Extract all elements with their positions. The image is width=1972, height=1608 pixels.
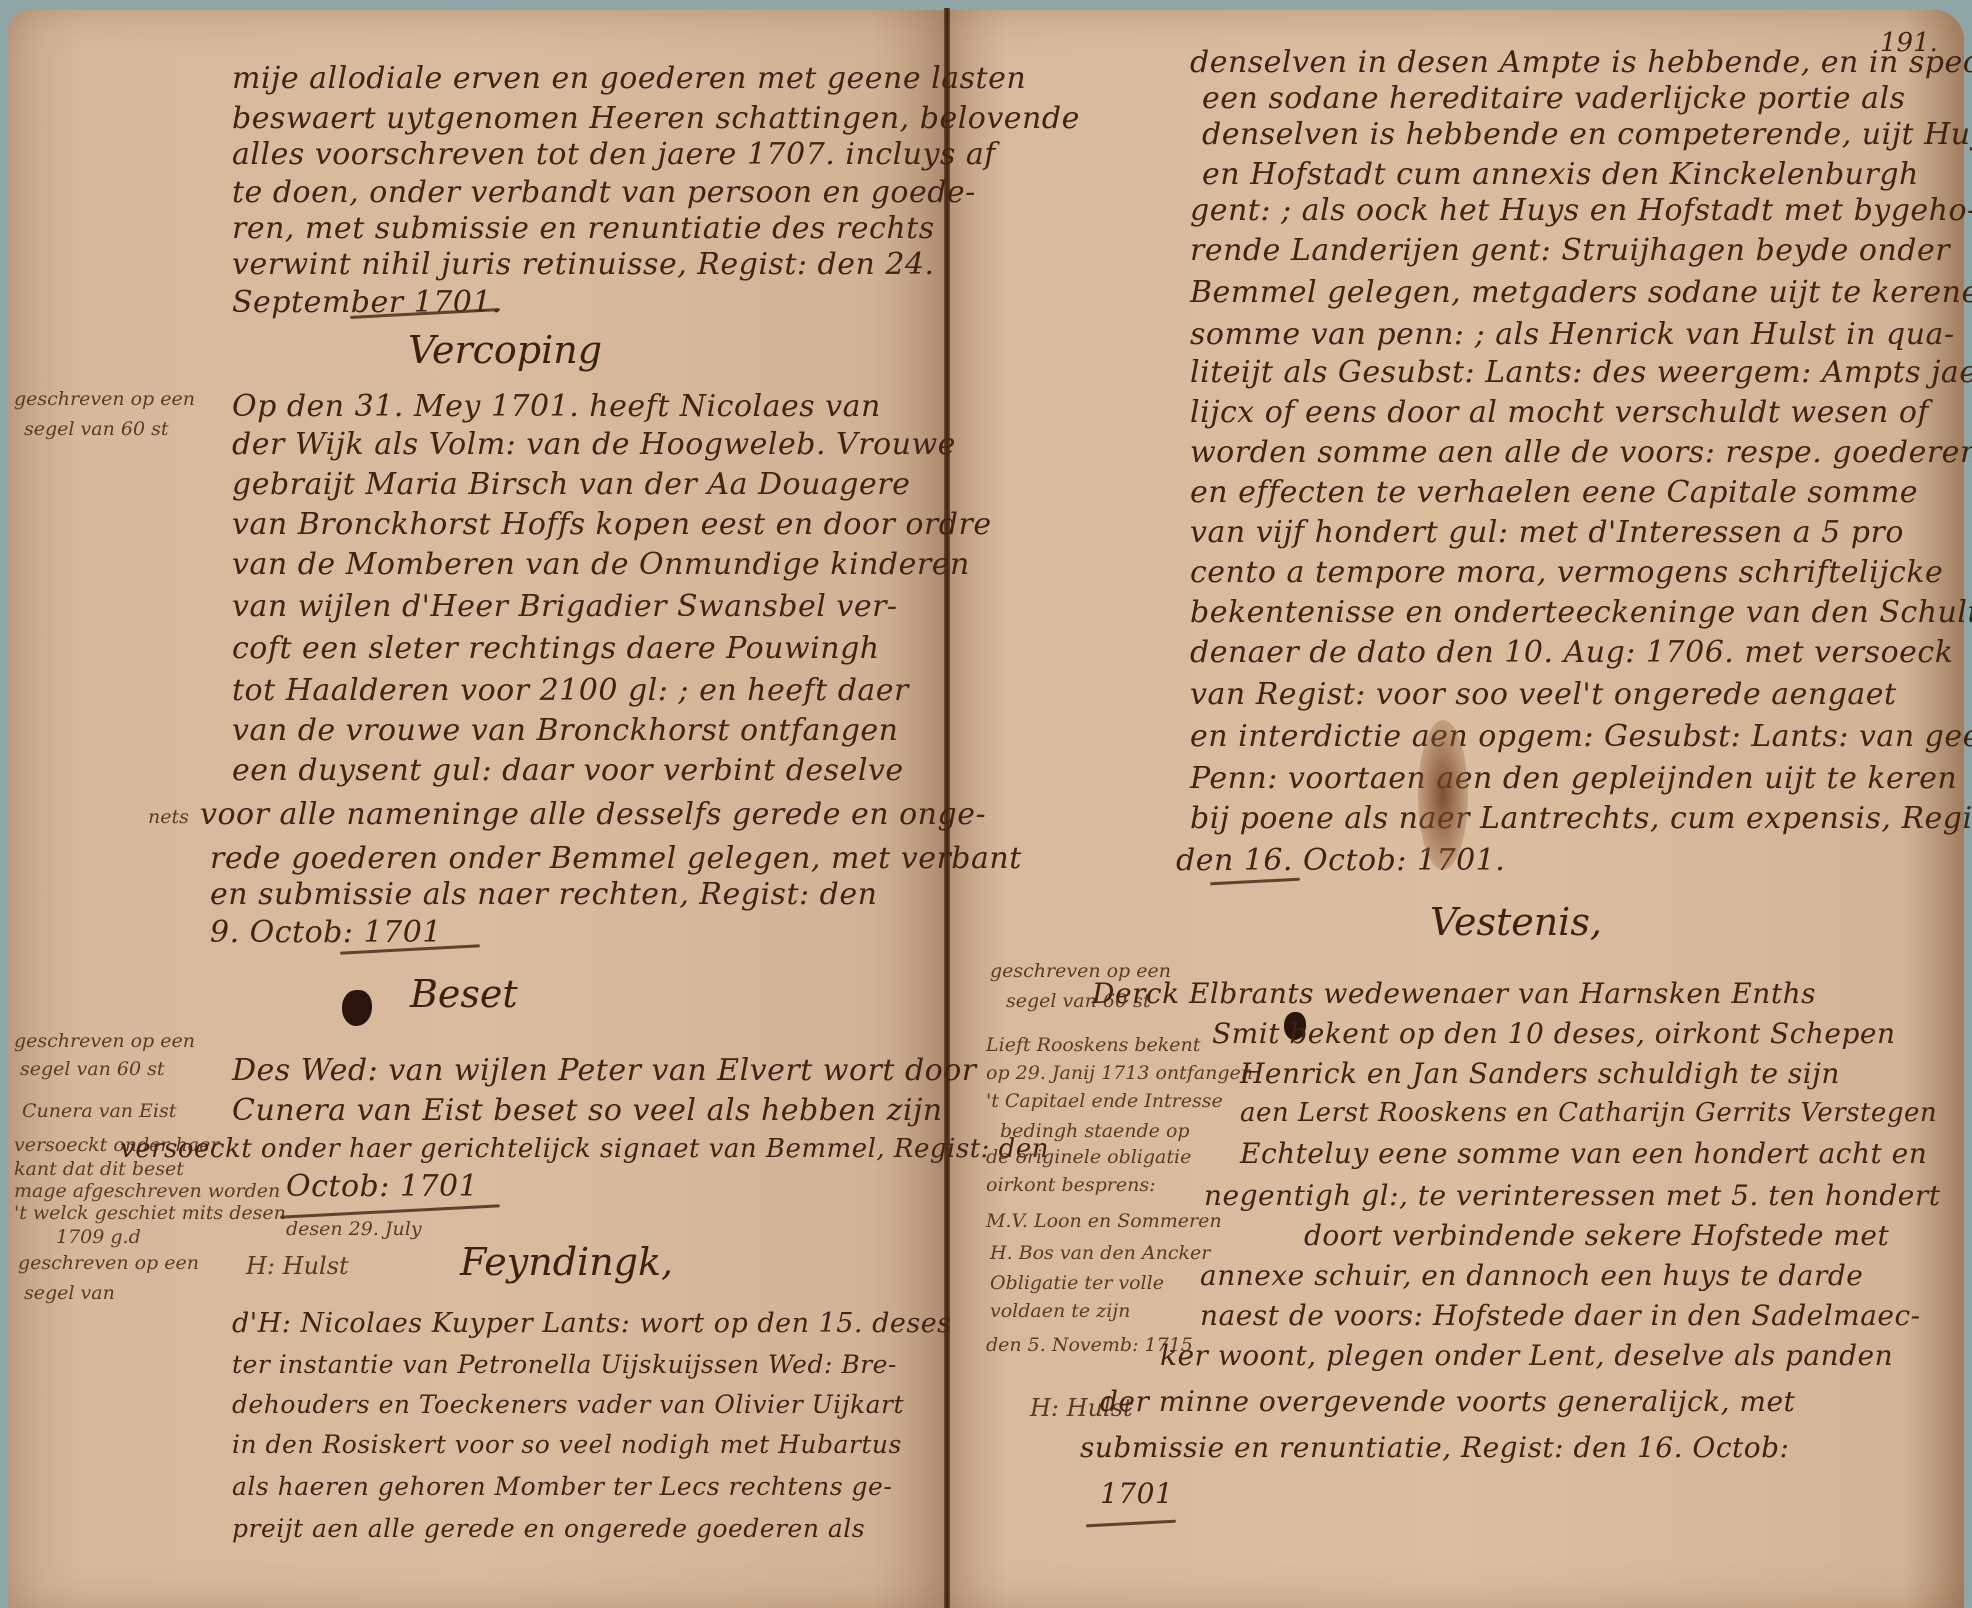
- text-line: dehouders en Toeckeners vader van Olivie…: [232, 1392, 904, 1417]
- margin-note: op 29. Janij 1713 ontfangen: [986, 1062, 1253, 1084]
- text-line: gebraijt Maria Birsch van der Aa Douager…: [232, 470, 910, 500]
- text-line: d'H: Nicolaes Kuyper Lants: wort op den …: [232, 1310, 952, 1337]
- text-line: Echteluy eene somme van een hondert acht…: [1240, 1140, 1927, 1168]
- text-line: te doen, onder verbandt van persoon en g…: [232, 178, 976, 208]
- text-line: en Hofstadt cum annexis den Kinckelenbur…: [1202, 160, 1919, 190]
- margin-note: Cunera van Eist: [22, 1100, 176, 1122]
- text-line: Derck Elbrants wedewenaer van Harnsken E…: [1092, 980, 1816, 1008]
- text-line: voor alle nameninge alle desselfs gerede…: [200, 800, 986, 830]
- text-line: bekentenisse en onderteeckeninge van den…: [1190, 598, 1972, 628]
- text-line: rende Landerijen gent: Struijhagen beyde…: [1190, 236, 1950, 266]
- margin-note: 't welck geschiet mits desen: [14, 1202, 286, 1224]
- section-heading-beset: Beset: [410, 972, 518, 1016]
- text-line: en submissie als naer rechten, Regist: d…: [210, 880, 877, 910]
- text-line: een sodane hereditaire vaderlijcke porti…: [1202, 84, 1905, 114]
- margin-note: geschreven op een: [14, 1030, 195, 1052]
- margin-note: bedingh staende op: [1000, 1120, 1190, 1142]
- text-line: verwint nihil juris retinuisse, Regist: …: [232, 250, 935, 280]
- text-line: van vijf hondert gul: met d'Interessen a…: [1190, 518, 1904, 548]
- text-line: en effecten te verhaelen eene Capitale s…: [1190, 478, 1918, 508]
- ink-stain: [1418, 720, 1468, 870]
- margin-note: oirkont besprens:: [986, 1174, 1156, 1196]
- margin-annotation: desen 29. July: [286, 1218, 422, 1240]
- text-line: 1701: [1100, 1480, 1173, 1508]
- text-line: denaer de dato den 10. Aug: 1706. met ve…: [1190, 638, 1953, 668]
- text-line: Octob: 1701: [286, 1172, 478, 1202]
- text-line: van Regist: voor soo veel't ongerede aen…: [1190, 680, 1897, 710]
- text-line: lijcx of eens door al mocht verschuldt w…: [1190, 398, 1929, 428]
- text-line: der Wijk als Volm: van de Hoogweleb. Vro…: [232, 430, 956, 460]
- text-line: ker woont, plegen onder Lent, deselve al…: [1160, 1342, 1893, 1370]
- margin-note: 't Capitael ende Intresse: [986, 1090, 1223, 1112]
- margin-note: 1709 g.d: [56, 1226, 141, 1248]
- text-line: tot Haalderen voor 2100 gl: ; en heeft d…: [232, 676, 909, 706]
- text-line: beswaert uytgenomen Heeren schattingen, …: [232, 104, 1080, 134]
- text-line: van Bronckhorst Hoffs kopen eest en door…: [232, 510, 992, 540]
- signature: H: Hulst: [246, 1252, 349, 1280]
- text-line: aen Lerst Rooskens en Catharijn Gerrits …: [1240, 1100, 1937, 1126]
- text-line: in den Rosiskert voor so veel nodigh met…: [232, 1432, 902, 1457]
- text-line: denselven is hebbende en competerende, u…: [1202, 120, 1972, 150]
- text-line: negentigh gl:, te verinteressen met 5. t…: [1204, 1182, 1941, 1210]
- margin-note: segel van: [24, 1282, 115, 1304]
- margin-note: geschreven op een: [14, 388, 195, 410]
- text-line: Des Wed: van wijlen Peter van Elvert wor…: [232, 1056, 977, 1086]
- text-line: Op den 31. Mey 1701. heeft Nicolaes van: [232, 392, 881, 422]
- text-line: Penn: voortaen aen den gepleijnden uijt …: [1190, 764, 1957, 794]
- text-line: worden somme aen alle de voors: respe. g…: [1190, 438, 1972, 468]
- text-line: doort verbindende sekere Hofstede met: [1304, 1222, 1889, 1250]
- text-line: submissie en renuntiatie, Regist: den 16…: [1080, 1434, 1789, 1462]
- text-line: Bemmel gelegen, metgaders sodane uijt te…: [1190, 278, 1972, 308]
- text-line: annexe schuir, en dannoch een huys te da…: [1200, 1262, 1863, 1290]
- text-line: somme van penn: ; als Henrick van Hulst …: [1190, 320, 1955, 350]
- margin-note: geschreven op een: [18, 1252, 199, 1274]
- text-line: rede goederen onder Bemmel gelegen, met …: [210, 844, 1022, 874]
- text-line: bij poene als naer Lantrechts, cum expen…: [1190, 804, 1972, 834]
- margin-note: Lieft Rooskens bekent: [986, 1034, 1200, 1056]
- margin-note: segel van 60 st: [24, 418, 168, 440]
- text-line: liteijt als Gesubst: Lants: des weergem:…: [1190, 358, 1972, 388]
- margin-note: M.V. Loon en Sommeren: [986, 1210, 1222, 1232]
- open-register-book: 191. mije allodiale erven en goederen me…: [0, 0, 1972, 1608]
- text-line: alles voorschreven tot den jaere 1707. i…: [232, 140, 996, 170]
- section-heading-feyndingk: Feyndingk,: [460, 1240, 673, 1284]
- text-line: mije allodiale erven en goederen met gee…: [232, 64, 1026, 94]
- text-line: September 1701.: [232, 288, 502, 318]
- margin-note: voldaen te zijn: [990, 1300, 1130, 1322]
- margin-note: Obligatie ter volle: [990, 1272, 1164, 1294]
- text-line: ter instantie van Petronella Uijskuijsse…: [232, 1352, 897, 1377]
- text-line: cento a tempore mora, vermogens schrifte…: [1190, 558, 1943, 588]
- margin-note: segel van 60 st: [20, 1058, 164, 1080]
- text-line: van de Momberen van de Onmundige kindere…: [232, 550, 970, 580]
- margin-note: nets: [148, 806, 189, 828]
- text-line: Henrick en Jan Sanders schuldigh te sijn: [1240, 1060, 1840, 1088]
- text-line: ren, met submissie en renuntiatie des re…: [232, 214, 935, 244]
- margin-note: de originele obligatie: [986, 1146, 1191, 1168]
- section-heading-vercoping: Vercoping: [408, 328, 602, 372]
- text-line: een duysent gul: daar voor verbint desel…: [232, 756, 904, 786]
- text-line: Cunera van Eist beset so veel als hebben…: [232, 1096, 943, 1126]
- text-line: van de vrouwe van Bronckhorst ontfangen: [232, 716, 899, 746]
- text-line: Smit bekent op den 10 deses, oirkont Sch…: [1212, 1020, 1896, 1048]
- text-line: naest de voors: Hofstede daer in den Sad…: [1200, 1302, 1921, 1330]
- section-heading-vestenis: Vestenis,: [1430, 900, 1602, 944]
- text-line: der minne overgevende voorts generalijck…: [1100, 1388, 1795, 1416]
- margin-note: mage afgeschreven worden: [14, 1180, 280, 1202]
- text-line: gent: ; als oock het Huys en Hofstadt me…: [1190, 196, 1972, 226]
- margin-note: H. Bos van den Ancker: [990, 1242, 1210, 1264]
- text-line: coft een sleter rechtings daere Pouwingh: [232, 634, 880, 664]
- text-line: preijt aen alle gerede en ongerede goede…: [232, 1516, 865, 1541]
- text-line: 9. Octob: 1701: [210, 918, 442, 948]
- text-line: als haeren gehoren Momber ter Lecs recht…: [232, 1474, 892, 1499]
- text-line: versoeckt onder haer gerichtelijck signa…: [120, 1136, 1049, 1162]
- text-line: van wijlen d'Heer Brigadier Swansbel ver…: [232, 592, 898, 622]
- text-line: en interdictie aen opgem: Gesubst: Lants…: [1190, 722, 1972, 752]
- text-line: denselven in desen Ampte is hebbende, en…: [1190, 48, 1972, 78]
